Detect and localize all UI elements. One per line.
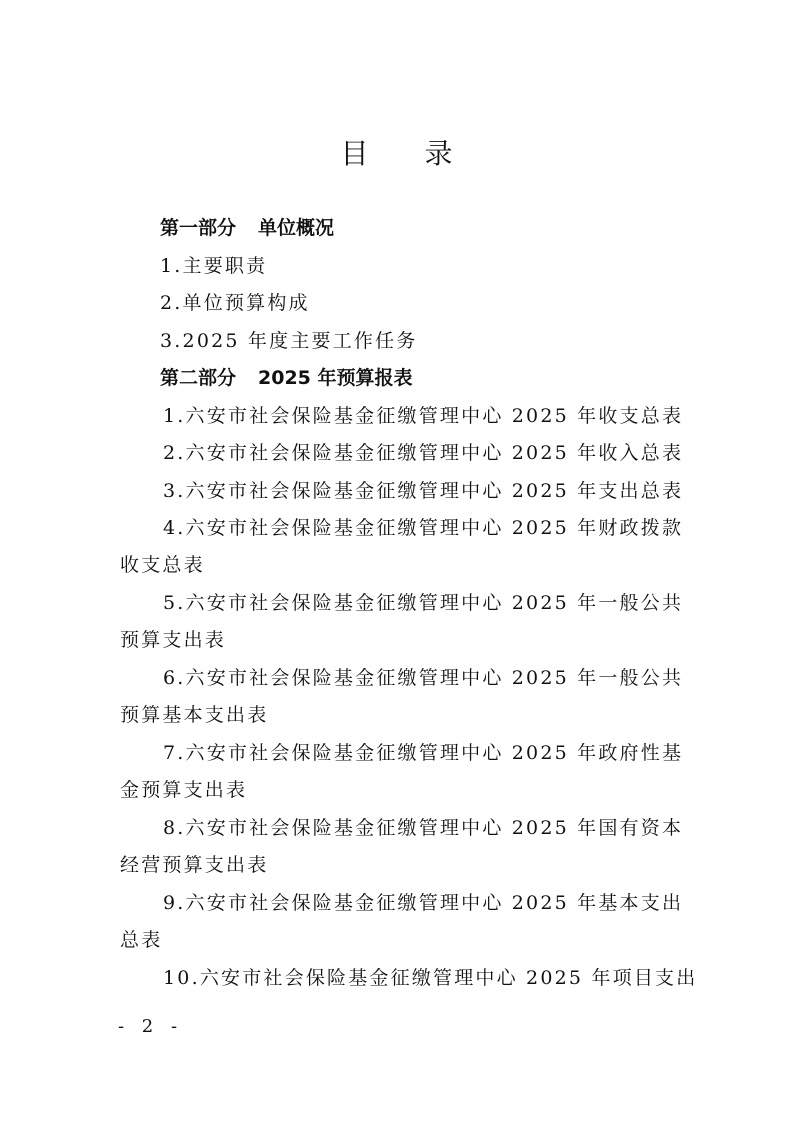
part-one-title: 单位概况 — [258, 217, 334, 239]
toc-entry-report-6[interactable]: 6.六安市社会保险基金征缴管理中心 2025 年一般公共 — [163, 666, 683, 690]
toc-entry-report-2[interactable]: 2.六安市社会保险基金征缴管理中心 2025 年收入总表 — [163, 441, 683, 465]
toc-entry-report-9[interactable]: 9.六安市社会保险基金征缴管理中心 2025 年基本支出 — [163, 891, 683, 915]
toc-entry-budget-composition[interactable]: 2.单位预算构成 — [160, 291, 310, 315]
toc-entry-report-5[interactable]: 5.六安市社会保险基金征缴管理中心 2025 年一般公共 — [163, 591, 683, 615]
toc-entry-duties[interactable]: 1.主要职责 — [160, 254, 267, 278]
toc-entry-report-6-cont[interactable]: 预算基本支出表 — [120, 703, 268, 727]
part-two-title: 2025 年预算报表 — [258, 367, 413, 389]
page-number: - 2 - — [118, 1016, 183, 1037]
toc-entry-report-3[interactable]: 3.六安市社会保险基金征缴管理中心 2025 年支出总表 — [163, 479, 683, 503]
toc-entry-report-9-cont[interactable]: 总表 — [120, 928, 162, 952]
toc-entry-report-1[interactable]: 1.六安市社会保险基金征缴管理中心 2025 年收支总表 — [163, 404, 683, 428]
title-char-1: 目 — [340, 132, 368, 172]
toc-entry-report-4-cont[interactable]: 收支总表 — [120, 553, 205, 577]
toc-entry-report-8-cont[interactable]: 经营预算支出表 — [120, 853, 268, 877]
part-one-heading: 第一部分单位概况 — [160, 216, 334, 240]
toc-entry-report-5-cont[interactable]: 预算支出表 — [120, 628, 226, 652]
part-two-label: 第二部分 — [160, 367, 236, 389]
toc-entry-report-10[interactable]: 10.六安市社会保险基金征缴管理中心 2025 年项目支出 — [163, 966, 697, 990]
part-one-label: 第一部分 — [160, 217, 236, 239]
toc-entry-report-4[interactable]: 4.六安市社会保险基金征缴管理中心 2025 年财政拨款 — [163, 516, 683, 540]
part-two-heading: 第二部分2025 年预算报表 — [160, 366, 413, 390]
title-char-2: 录 — [425, 132, 453, 172]
toc-entry-report-8[interactable]: 8.六安市社会保险基金征缴管理中心 2025 年国有资本 — [163, 816, 683, 840]
toc-entry-report-7-cont[interactable]: 金预算支出表 — [120, 778, 247, 802]
page-title: 目录 — [0, 132, 793, 172]
toc-entry-report-7[interactable]: 7.六安市社会保险基金征缴管理中心 2025 年政府性基 — [163, 741, 683, 765]
toc-entry-work-tasks[interactable]: 3.2025 年度主要工作任务 — [160, 329, 418, 353]
